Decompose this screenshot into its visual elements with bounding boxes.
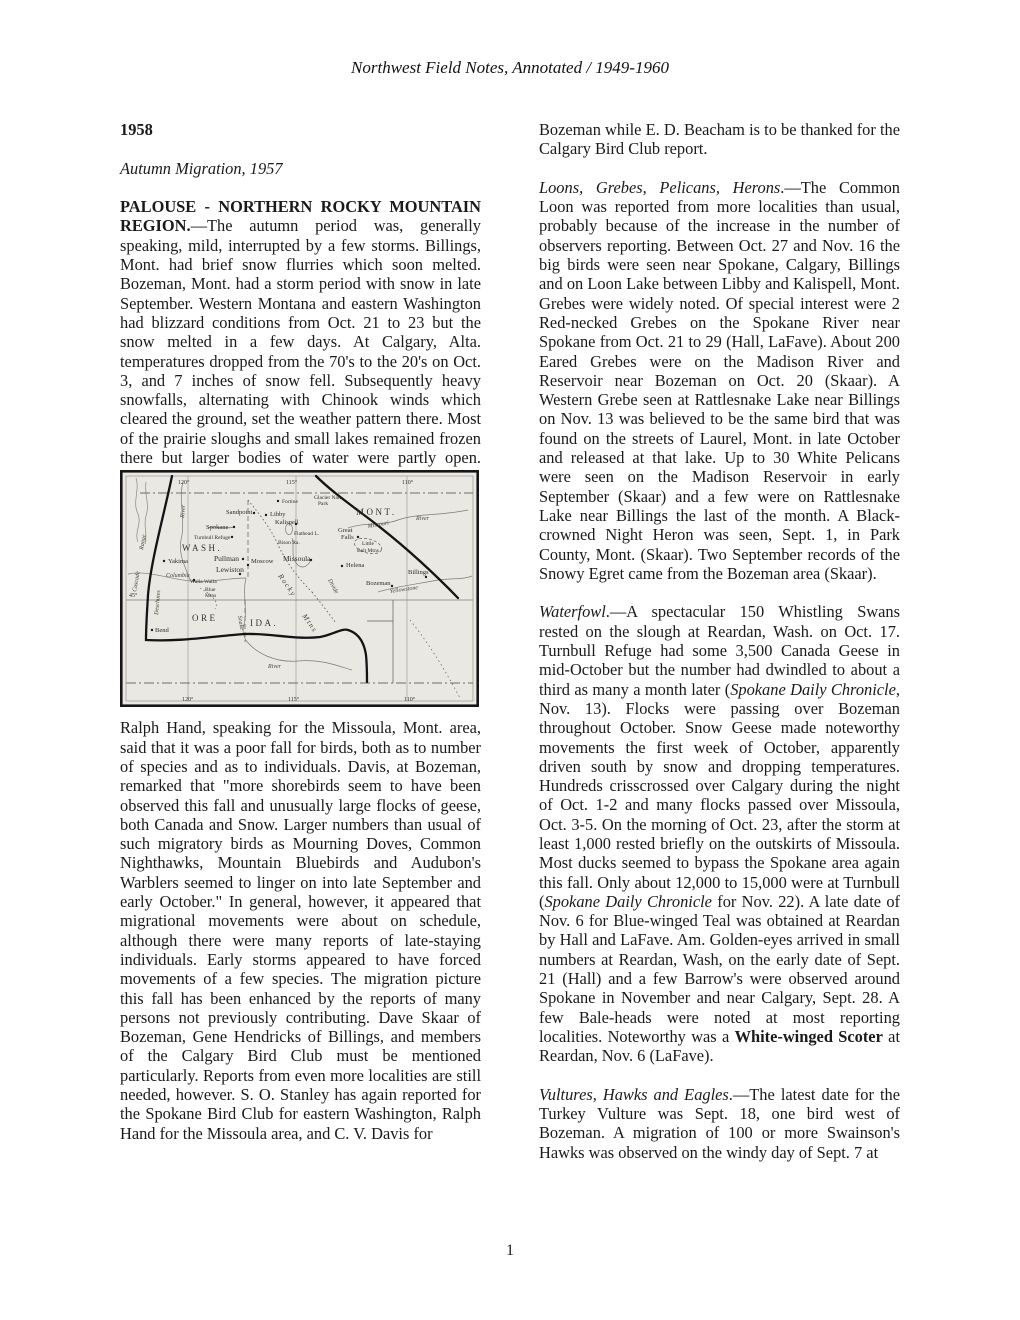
map-city-dot xyxy=(357,536,359,538)
left-column: 1958 Autumn Migration, 1957 PALOUSE - NO… xyxy=(120,120,481,1162)
loons-paragraph: Loons, Grebes, Pelicans, Herons.—The Com… xyxy=(539,178,900,583)
intro-paragraph: Bozeman while E. D. Beacham is to be tha… xyxy=(539,120,900,159)
map-city-dot xyxy=(231,536,233,538)
season-heading: Autumn Migration, 1957 xyxy=(120,159,481,178)
map-label: Falls xyxy=(341,534,354,541)
text-segment: Spokane Daily Chronicle xyxy=(544,892,711,911)
text-segment: White-winged Scoter xyxy=(735,1027,883,1046)
text-segment: Bozeman while E. D. Beacham is to be tha… xyxy=(539,120,900,158)
map-label: Yakima xyxy=(168,558,188,565)
map-label: River xyxy=(267,664,282,670)
document-page: Northwest Field Notes, Annotated / 1949-… xyxy=(0,0,1020,1320)
text-segment: Spokane Daily Chronicle xyxy=(730,680,896,699)
text-segment: Vultures, Hawks and Eagles xyxy=(539,1085,729,1104)
text-segment: .—The Common Loon was reported from more… xyxy=(539,178,900,583)
map-label: 110° xyxy=(404,696,416,703)
map-label: Helena xyxy=(346,562,365,569)
page-number: 1 xyxy=(0,1242,1020,1260)
text-segment: Loons, Grebes, Pelicans, Herons xyxy=(539,178,780,197)
map-label: River xyxy=(180,504,187,519)
map-label: Lewiston xyxy=(216,565,244,574)
map-city-dot xyxy=(277,500,279,502)
map-label: IDA. xyxy=(250,618,278,628)
map-label: 120° xyxy=(182,696,194,703)
map-label: MONT. xyxy=(356,507,397,517)
text-segment: Waterfowl xyxy=(539,602,606,621)
map-city-dot xyxy=(425,576,427,578)
running-head: Northwest Field Notes, Annotated / 1949-… xyxy=(0,58,1020,78)
map-city-dot xyxy=(242,558,244,560)
map-label: Columbia xyxy=(166,573,190,579)
map-label: Pullman xyxy=(214,554,239,563)
map-label: Bison Ra. xyxy=(278,540,300,546)
text-segment: for Nov. 22). A late date of Nov. 6 for … xyxy=(539,892,900,1046)
map-label: Billings xyxy=(408,569,429,576)
waterfowl-paragraph: Waterfowl.—A spectacular 150 Whistling S… xyxy=(539,602,900,1065)
map-label: 115° xyxy=(288,696,300,703)
right-column: Bozeman while E. D. Beacham is to be tha… xyxy=(539,120,900,1162)
vultures-paragraph: Vultures, Hawks and Eagles.—The latest d… xyxy=(539,1085,900,1162)
map-city-dot xyxy=(310,559,312,561)
map-city-dot xyxy=(163,560,165,562)
map-label: 45° xyxy=(129,592,138,599)
map-label: ORE xyxy=(192,613,218,623)
map-city-dot xyxy=(295,523,297,525)
map-label: Bend xyxy=(155,627,169,634)
map-city-dot xyxy=(193,579,195,581)
map-label: WASH. xyxy=(182,543,222,553)
map-city-dot xyxy=(233,526,235,528)
map-label: Mtns xyxy=(205,593,216,599)
map-city-dot xyxy=(247,564,249,566)
map-label: Libby xyxy=(270,511,286,518)
region-paragraph: PALOUSE - NORTHERN ROCKY MOUNTAIN REGION… xyxy=(120,197,481,467)
map-label: Spokane xyxy=(206,524,229,531)
map-label: Turnbull Refuge xyxy=(194,534,231,541)
map-label: 120° xyxy=(178,479,190,486)
two-column-body: 1958 Autumn Migration, 1957 PALOUSE - NO… xyxy=(120,120,900,1162)
map-label: Kalispell xyxy=(275,519,299,526)
map-label: Park xyxy=(318,501,328,507)
map-city-dot xyxy=(265,514,267,516)
observers-paragraph: Ralph Hand, speaking for the Missoula, M… xyxy=(120,718,481,1143)
text-segment: —The autumn period was, generally speaki… xyxy=(120,216,481,467)
map-frame xyxy=(121,472,477,706)
region-map-figure: WASH.OREIDA.MONT.SpokaneTurnbull RefugeY… xyxy=(120,470,479,707)
map-city-dot xyxy=(151,629,153,631)
map-label: Great xyxy=(338,527,353,534)
text-segment: , Nov. 13). Flocks were passing over Boz… xyxy=(539,680,900,911)
region-map-svg: WASH.OREIDA.MONT.SpokaneTurnbull RefugeY… xyxy=(120,470,479,707)
map-label: Sandpoint xyxy=(226,509,253,516)
year-heading: 1958 xyxy=(120,120,481,139)
map-label: River xyxy=(415,516,430,522)
map-city-dot xyxy=(239,573,241,575)
map-label: Belt Mtns xyxy=(357,548,379,554)
map-label: Bozeman xyxy=(366,580,391,587)
map-city-dot xyxy=(341,565,343,567)
text-segment: Ralph Hand, speaking for the Missoula, M… xyxy=(120,718,481,1142)
map-label: Fortine xyxy=(282,499,298,505)
map-label: Flathead L. xyxy=(294,531,320,537)
map-label: 115° xyxy=(286,479,298,486)
map-city-dot xyxy=(391,585,393,587)
map-label: Missoula xyxy=(283,554,311,563)
map-label: Moscow xyxy=(251,558,274,565)
map-label: Little xyxy=(362,541,374,547)
map-city-dot xyxy=(253,512,255,514)
map-label: 110° xyxy=(402,479,414,486)
